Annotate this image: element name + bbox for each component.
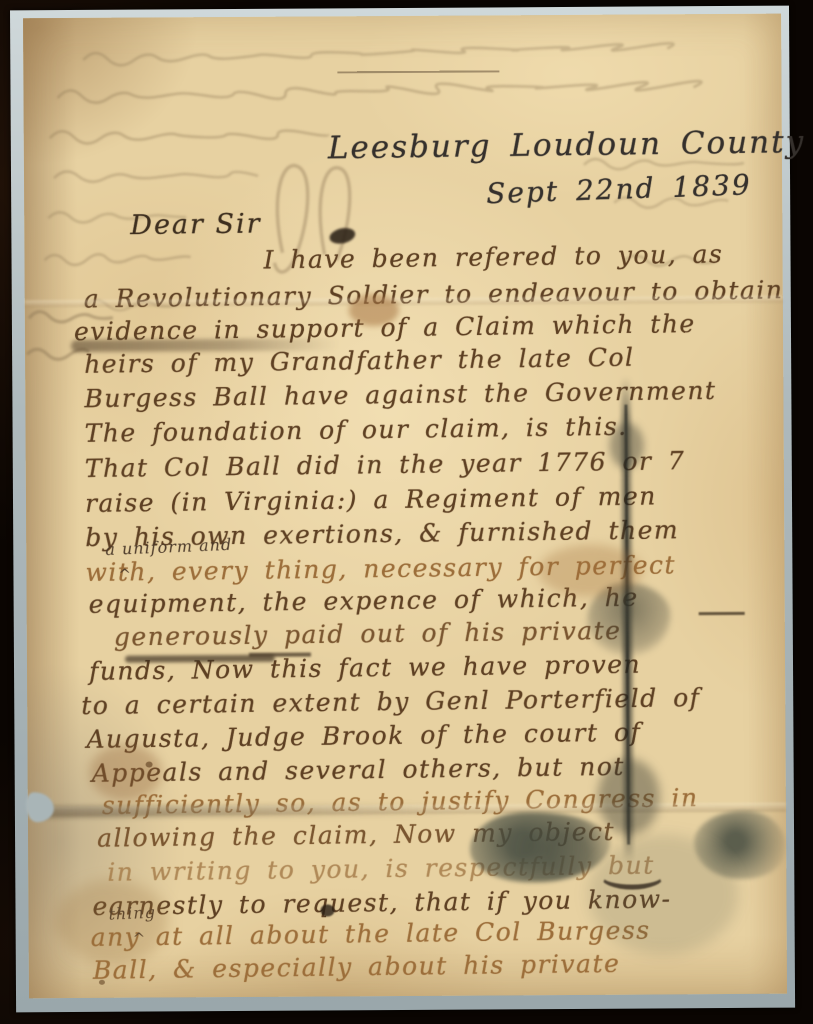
salutation: Dear Sir	[130, 208, 262, 241]
letter-line: heirs of my Grandfather the late Col	[84, 345, 635, 377]
letter-line: I have been refered to you, as	[263, 241, 723, 272]
pencil-line	[337, 70, 499, 73]
ghost-stroke	[57, 81, 701, 103]
heading-date: Sept 22nd 1839	[486, 168, 753, 210]
letter-line: Ball, & especially about his private	[93, 951, 621, 983]
underline-he	[699, 612, 745, 615]
letter-line: The foundation of our claim, is this.	[84, 414, 627, 446]
letter-line: evidence in support of a Claim which the	[74, 311, 696, 344]
letter-line: Appeals and several others, but not	[92, 754, 626, 786]
letter-line: in writing to you, is respectfully but	[107, 853, 655, 885]
letter-line: Burgess Ball have against the Government	[84, 378, 716, 411]
edge-tear	[26, 792, 54, 822]
letter-line: Augusta, Judge Brook of the court of	[86, 720, 641, 752]
ghost-stroke	[54, 170, 258, 182]
letter-line: generously paid out of his private	[114, 618, 622, 650]
insertion-note: thing	[108, 903, 156, 924]
letter-line: with, every thing, necessary for perfect	[85, 552, 676, 585]
letter-line: That Col Ball did in the year 1776 or 7	[85, 448, 686, 481]
letter-line: funds, Now this fact we have proven	[89, 652, 641, 684]
stain-blob-right	[694, 811, 786, 880]
heading-place: Leesburg Loudoun County Va	[328, 123, 813, 166]
ghost-stroke	[83, 43, 673, 65]
ghost-stroke	[44, 254, 190, 265]
caret-mark: ^	[118, 566, 131, 584]
photo-background: Leesburg Loudoun County Va Sept 22nd 183…	[0, 0, 813, 1024]
letter-line: allowing the claim, Now my object	[97, 819, 615, 851]
ink-blot	[328, 226, 357, 246]
letter-photo: Leesburg Loudoun County Va Sept 22nd 183…	[0, 0, 813, 1024]
caret-mark: ^	[133, 930, 146, 948]
letter-line: a Revolutionary Soldier to endeavour to …	[84, 277, 784, 311]
letter-line: equipment, the expence of which, he	[88, 585, 638, 617]
letter-line: sufficiently so, as to justify Congress …	[102, 785, 699, 818]
letter-page: Leesburg Loudoun County Va Sept 22nd 183…	[23, 14, 787, 999]
ghost-stroke	[50, 130, 328, 144]
letter-line: earnestly to request, that if you know-	[92, 886, 671, 919]
letter-line: raise (in Virginia:) a Regiment of men	[85, 483, 657, 515]
letter-line: to a certain extent by Genl Porterfield …	[81, 685, 701, 718]
letter-line: any at all about the late Col Burgess	[91, 918, 651, 950]
